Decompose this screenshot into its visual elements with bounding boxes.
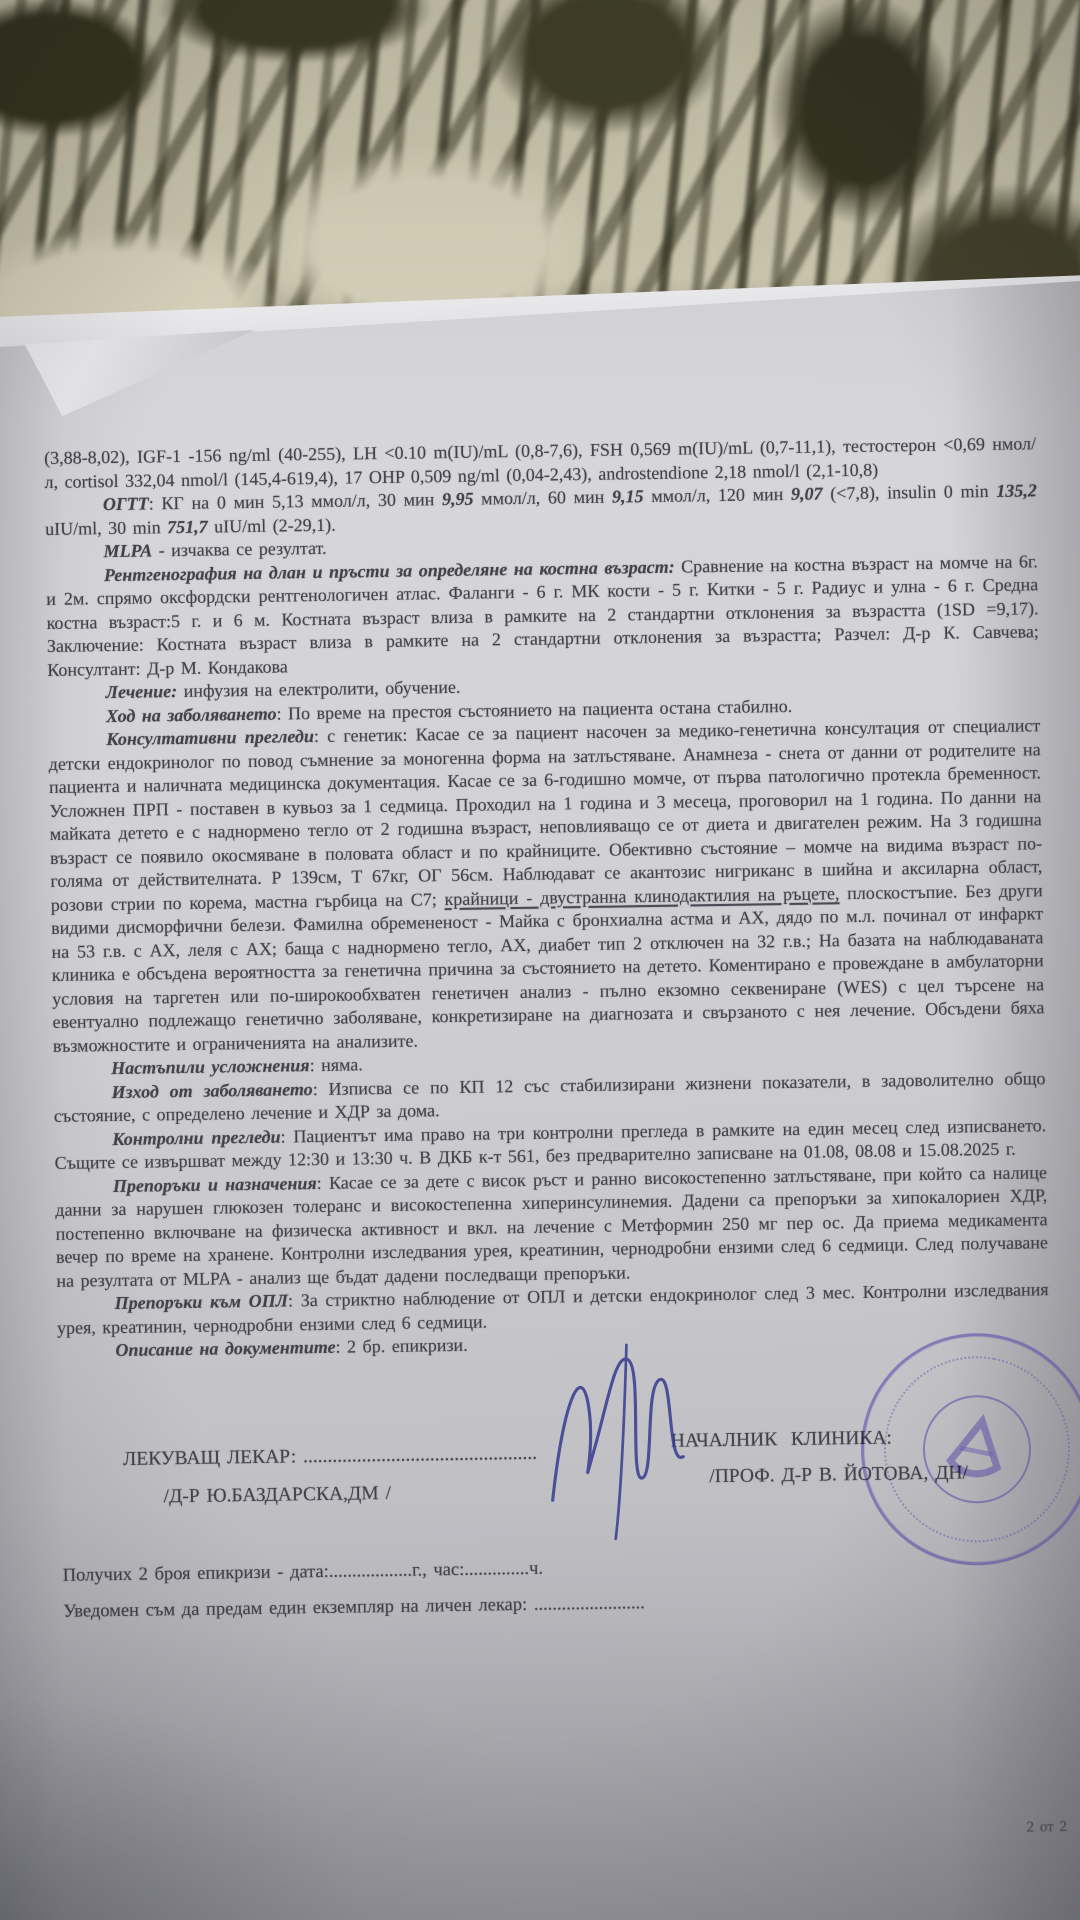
text-run: uIU/ml, 30 min (45, 517, 167, 539)
section-label: Ход на заболяването (106, 703, 277, 726)
page-number: 2 от 2 (1026, 1816, 1067, 1840)
section-label: MLPA (103, 540, 152, 561)
section-label: Лечение: (105, 681, 177, 702)
clinic-stamp (841, 1313, 1080, 1585)
attending-doctor-line: ЛЕКУВАЩ ЛЕКАР: .........................… (123, 1442, 537, 1472)
document-body: (3,88-8,02), IGF-1 -156 ng/ml (40-255), … (44, 432, 1049, 1363)
doctor-signature-scribble (525, 1316, 778, 1550)
text-run: 9,07 (791, 483, 823, 503)
paragraph: Консултативни прегледи: с генетик: Касае… (48, 714, 1045, 1058)
text-run: (<7,8), insulin 0 min (822, 481, 996, 504)
paragraph: Препоръки и назначения: Касае се за дете… (55, 1161, 1049, 1293)
document-text: (3,88-8,02), IGF-1 -156 ng/ml (40-255), … (44, 432, 1058, 1920)
section-label: Консултативни прегледи (106, 726, 314, 749)
text-run: uIU/ml (2-29,1). (208, 514, 336, 536)
text-run: 751,7 (167, 516, 208, 537)
section-label: Изход от заболяването (111, 1079, 312, 1102)
section-label: ОГТТ (103, 493, 149, 514)
attending-signature-dots: ........................................… (303, 1443, 537, 1467)
text-run: : КГ на 0 мин 5,13 ммол/л, 30 мин (149, 489, 443, 513)
text-run: крайници - двустранна клинодактилия на р… (444, 883, 839, 909)
text-run: ммол/л, 120 мин (643, 484, 791, 506)
text-run: - изчаква се резултат. (152, 538, 327, 561)
text-run: инфузия на електролити, обучение. (177, 677, 461, 701)
section-label: Контролни прегледи (112, 1126, 281, 1148)
attending-doctor-name: /Д-Р Ю.БАЗДАРСКА,ДМ / (163, 1482, 391, 1509)
text-run: 9,95 (442, 489, 474, 509)
clinic-stamp-emblem (908, 1380, 1046, 1518)
photo-of-document: (3,88-8,02), IGF-1 -156 ng/ml (40-255), … (0, 0, 1080, 1920)
section-label: Препоръки и назначения (113, 1173, 317, 1196)
section-label: Описание на документите (115, 1337, 335, 1360)
paragraph: Рентгенография на длан и пръсти за опред… (46, 550, 1040, 682)
text-run: : 2 бр. епикризи. (335, 1335, 467, 1357)
section-label: Настъпили усложнения (111, 1055, 310, 1078)
receipt-gp-copy-line: Уведомен съм да предам един екземпляр на… (63, 1592, 645, 1624)
receipt-date-line: Получих 2 броя епикризи - дата:.........… (63, 1558, 544, 1589)
text-run: : няма. (309, 1054, 362, 1075)
paper-sheet: (3,88-8,02), IGF-1 -156 ng/ml (40-255), … (0, 275, 1080, 1920)
attending-doctor-label: ЛЕКУВАЩ ЛЕКАР: (123, 1446, 303, 1470)
text-run: 135,2 (996, 480, 1037, 501)
text-run: ммол/л, 60 мин (473, 487, 612, 509)
section-label: Препоръки към ОПЛ (115, 1290, 289, 1313)
text-run: 9,15 (612, 486, 644, 506)
